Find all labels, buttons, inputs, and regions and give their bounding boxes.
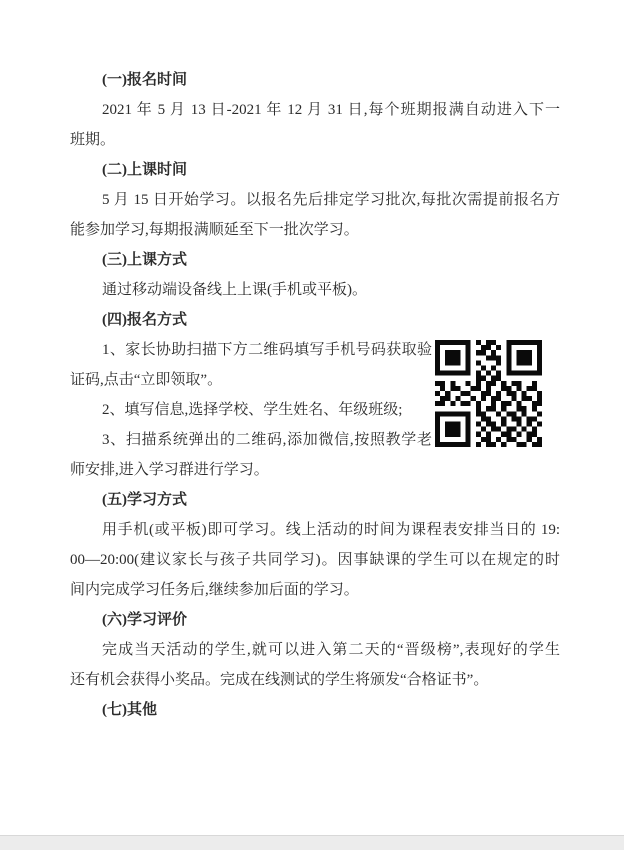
section-heading: (一)报名时间 xyxy=(70,65,560,95)
section-heading: (二)上课时间 xyxy=(70,155,560,185)
paragraph-line: 2021 年 5 月 13 日-2021 年 12 月 31 日,每个班期报满自… xyxy=(70,95,560,125)
qr-code-image xyxy=(435,340,542,447)
paragraph-line: 师安排,进入学习群进行学习。 xyxy=(70,455,560,485)
paragraph-line: 通过移动端设备线上上课(手机或平板)。 xyxy=(70,275,560,305)
paragraph-line: 班期。 xyxy=(70,125,560,155)
page-break-strip xyxy=(0,835,624,850)
section-heading: (三)上课方式 xyxy=(70,245,560,275)
document-page: (一)报名时间2021 年 5 月 13 日-2021 年 12 月 31 日,… xyxy=(0,0,624,850)
section-heading: (五)学习方式 xyxy=(70,485,560,515)
paragraph-line: 5 月 15 日开始学习。以报名先后排定学习批次,每批次需提前报名方 xyxy=(70,185,560,215)
section-heading: (四)报名方式 xyxy=(70,305,560,335)
paragraph-line: 间内完成学习任务后,继续参加后面的学习。 xyxy=(70,575,560,605)
paragraph-line: 完成当天活动的学生,就可以进入第二天的“晋级榜”,表现好的学生 xyxy=(70,635,560,665)
paragraph-line: 00—20:00(建议家长与孩子共同学习)。因事缺课的学生可以在规定的时 xyxy=(70,545,560,575)
paragraph-line: 用手机(或平板)即可学习。线上活动的时间为课程表安排当日的 19: xyxy=(70,515,560,545)
paragraph-line: 还有机会获得小奖品。完成在线测试的学生将颁发“合格证书”。 xyxy=(70,665,560,695)
section-heading: (六)学习评价 xyxy=(70,605,560,635)
paragraph-line: 3、扫描系统弹出的二维码,添加微信,按照教学老 xyxy=(70,425,432,455)
section-heading: (七)其他 xyxy=(70,695,560,725)
paragraph-line: 能参加学习,每期报满顺延至下一批次学习。 xyxy=(70,215,560,245)
paragraph-line: 1、家长协助扫描下方二维码填写手机号码获取验 xyxy=(70,335,432,365)
